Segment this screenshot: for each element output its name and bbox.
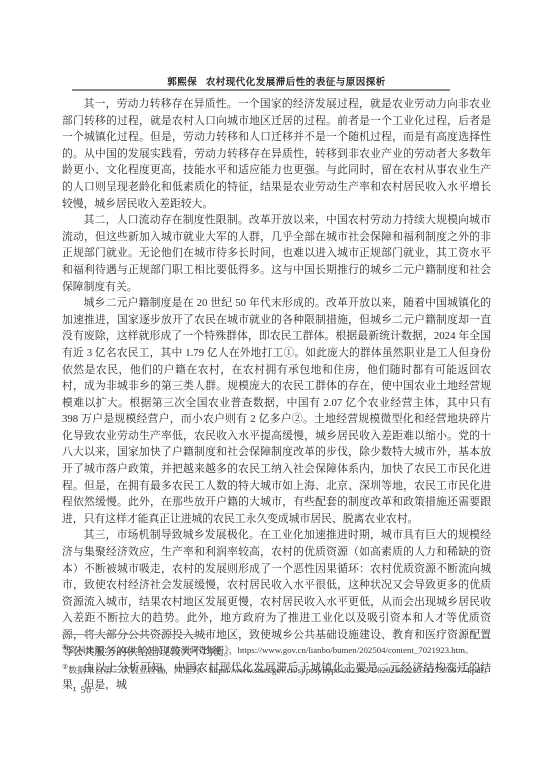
document-page: 郭熙保农村现代化发展滞后性的表征与原因探析 其一，劳动力转移存在异质性。一个国家… [0, 0, 553, 782]
footnote-item: ②数据来自第三次农业普查，网址为：https://www.stats.gov.c… [62, 661, 494, 681]
header-rule [72, 89, 450, 91]
footnote-text: 数据来自第三次农业普查，网址为：https://www.stats.gov.cn… [68, 665, 492, 675]
footnotes: ①资料来源：《2024 年农民工监测调查报告》，https://www.gov.… [62, 641, 494, 680]
body-paragraph: 其一，劳动力转移存在异质性。一个国家的经济发展过程，就是农业劳动力向非农业部门转… [62, 96, 491, 212]
footnote-text: 资料来源：《2024 年农民工监测调查报告》，https://www.gov.c… [68, 645, 473, 655]
running-head-title: 农村现代化发展滞后性的表征与原因探析 [206, 77, 386, 88]
footnote-item: ①资料来源：《2024 年农民工监测调查报告》，https://www.gov.… [62, 641, 494, 661]
page-number: - 50 - [73, 686, 100, 696]
article-body: 其一，劳动力转移存在异质性。一个国家的经济发展过程，就是农业劳动力向非农业部门转… [62, 96, 491, 693]
running-head-author: 郭熙保 [167, 77, 197, 88]
running-head: 郭熙保农村现代化发展滞后性的表征与原因探析 [0, 74, 553, 88]
footnote-separator [62, 634, 210, 635]
body-paragraph: 其二，人口流动存在制度性限制。改革开放以来，中国农村劳动力持续大规模向城市流动，… [62, 212, 491, 295]
body-paragraph: 城乡二元户籍制度是在 20 世纪 50 年代末形成的。改革开放以来，随着中国城镇… [62, 295, 491, 527]
